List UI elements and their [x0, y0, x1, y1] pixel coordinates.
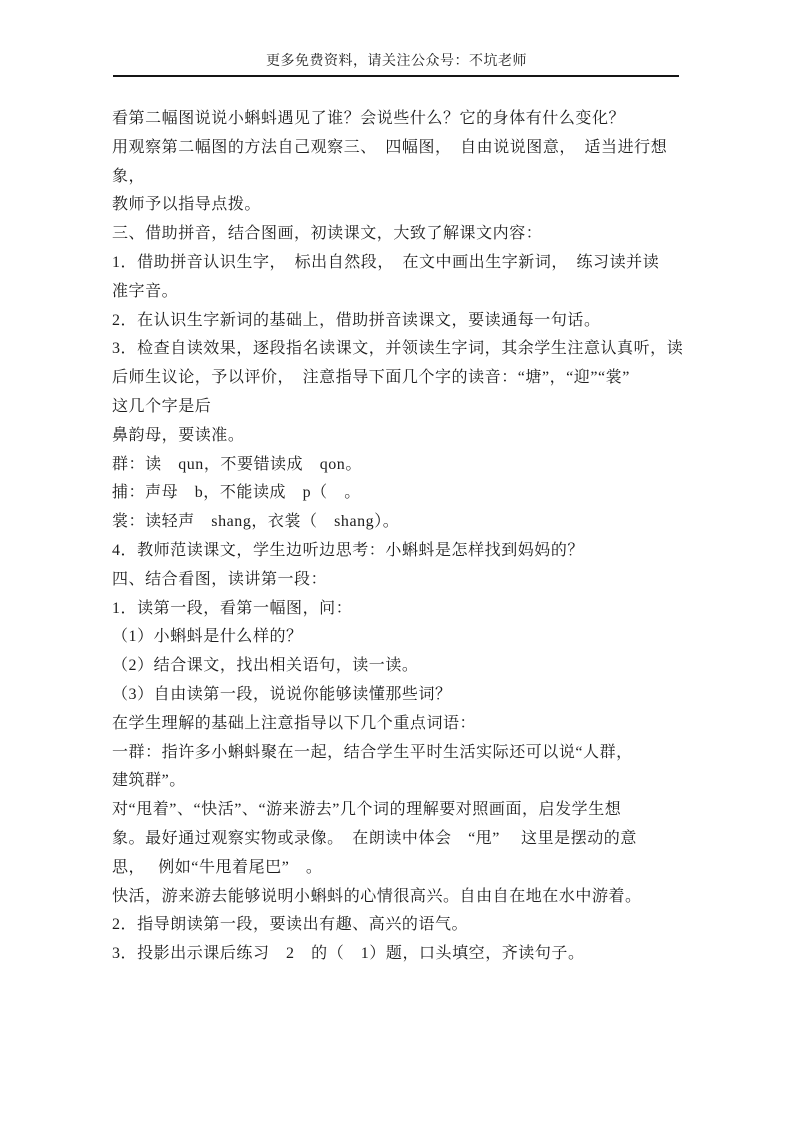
body-line: 后师生议论，予以评价， 注意指导下面几个字的读音：“塘”，“迎”“裳”	[112, 364, 712, 393]
body-line: 捕：声母 b，不能读成 p（ 。	[112, 479, 712, 508]
body-line: 准字音。	[112, 278, 712, 307]
body-line: 4．教师范读课文，学生边听边思考：小蝌蚪是怎样找到妈妈的？	[112, 537, 712, 566]
body-line: 群：读 qun，不要错读成 qon。	[112, 451, 712, 480]
body-line: 看第二幅图说说小蝌蚪遇见了谁？会说些什么？它的身体有什么变化？	[112, 105, 712, 134]
body-line: 在学生理解的基础上注意指导以下几个重点词语：	[112, 710, 712, 739]
body-line: 1．借助拼音认识生字， 标出自然段， 在文中画出生字新词， 练习读并读	[112, 249, 712, 278]
document-page: 更多免费资料，请关注公众号：不坑老师 看第二幅图说说小蝌蚪遇见了谁？会说些什么？…	[0, 0, 793, 1122]
body-line: 快活，游来游去能够说明小蝌蚪的心情很高兴。自由自在地在水中游着。	[112, 883, 712, 912]
body-line: 思， 例如“牛甩着尾巴” 。	[112, 854, 712, 883]
body-line: 象，	[112, 163, 712, 192]
header-divider	[113, 75, 679, 77]
body-line: 2．指导朗读第一段，要读出有趣、高兴的语气。	[112, 911, 712, 940]
body-line: 3．投影出示课后练习 2 的（ 1）题，口头填空，齐读句子。	[112, 940, 712, 969]
body-line: 一群：指许多小蝌蚪聚在一起，结合学生平时生活实际还可以说“人群，	[112, 739, 712, 768]
body-line: 1．读第一段，看第一幅图，问：	[112, 595, 712, 624]
body-line: （2）结合课文，找出相关语句，读一读。	[112, 652, 712, 681]
body-line: 2．在认识生字新词的基础上，借助拼音读课文，要读通每一句话。	[112, 307, 712, 336]
body-line: 教师予以指导点拨。	[112, 191, 712, 220]
body-line: 鼻韵母，要读准。	[112, 422, 712, 451]
body-line: （3）自由读第一段，说说你能够读懂那些词？	[112, 681, 712, 710]
body-line: 对“甩着”、“快活”、“游来游去”几个词的理解要对照画面，启发学生想	[112, 796, 712, 825]
body-line: 象。最好通过观察实物或录像。 在朗读中体会 “甩” 这里是摆动的意	[112, 825, 712, 854]
body-line: （1）小蝌蚪是什么样的？	[112, 623, 712, 652]
document-body: 看第二幅图说说小蝌蚪遇见了谁？会说些什么？它的身体有什么变化？ 用观察第二幅图的…	[112, 105, 712, 969]
body-line: 裳：读轻声 shang，衣裳（ shang）。	[112, 508, 712, 537]
header-promo-text: 更多免费资料，请关注公众号：不坑老师	[0, 50, 793, 70]
body-line: 3．检查自读效果，逐段指名读课文，并领读生字词，其余学生注意认真听，读	[112, 335, 712, 364]
body-line: 这几个字是后	[112, 393, 712, 422]
body-line: 四、结合看图，读讲第一段：	[112, 566, 712, 595]
body-line: 建筑群”。	[112, 767, 712, 796]
body-line: 三、借助拼音，结合图画，初读课文，大致了解课文内容：	[112, 220, 712, 249]
body-line: 用观察第二幅图的方法自己观察三、 四幅图， 自由说说图意， 适当进行想	[112, 134, 712, 163]
